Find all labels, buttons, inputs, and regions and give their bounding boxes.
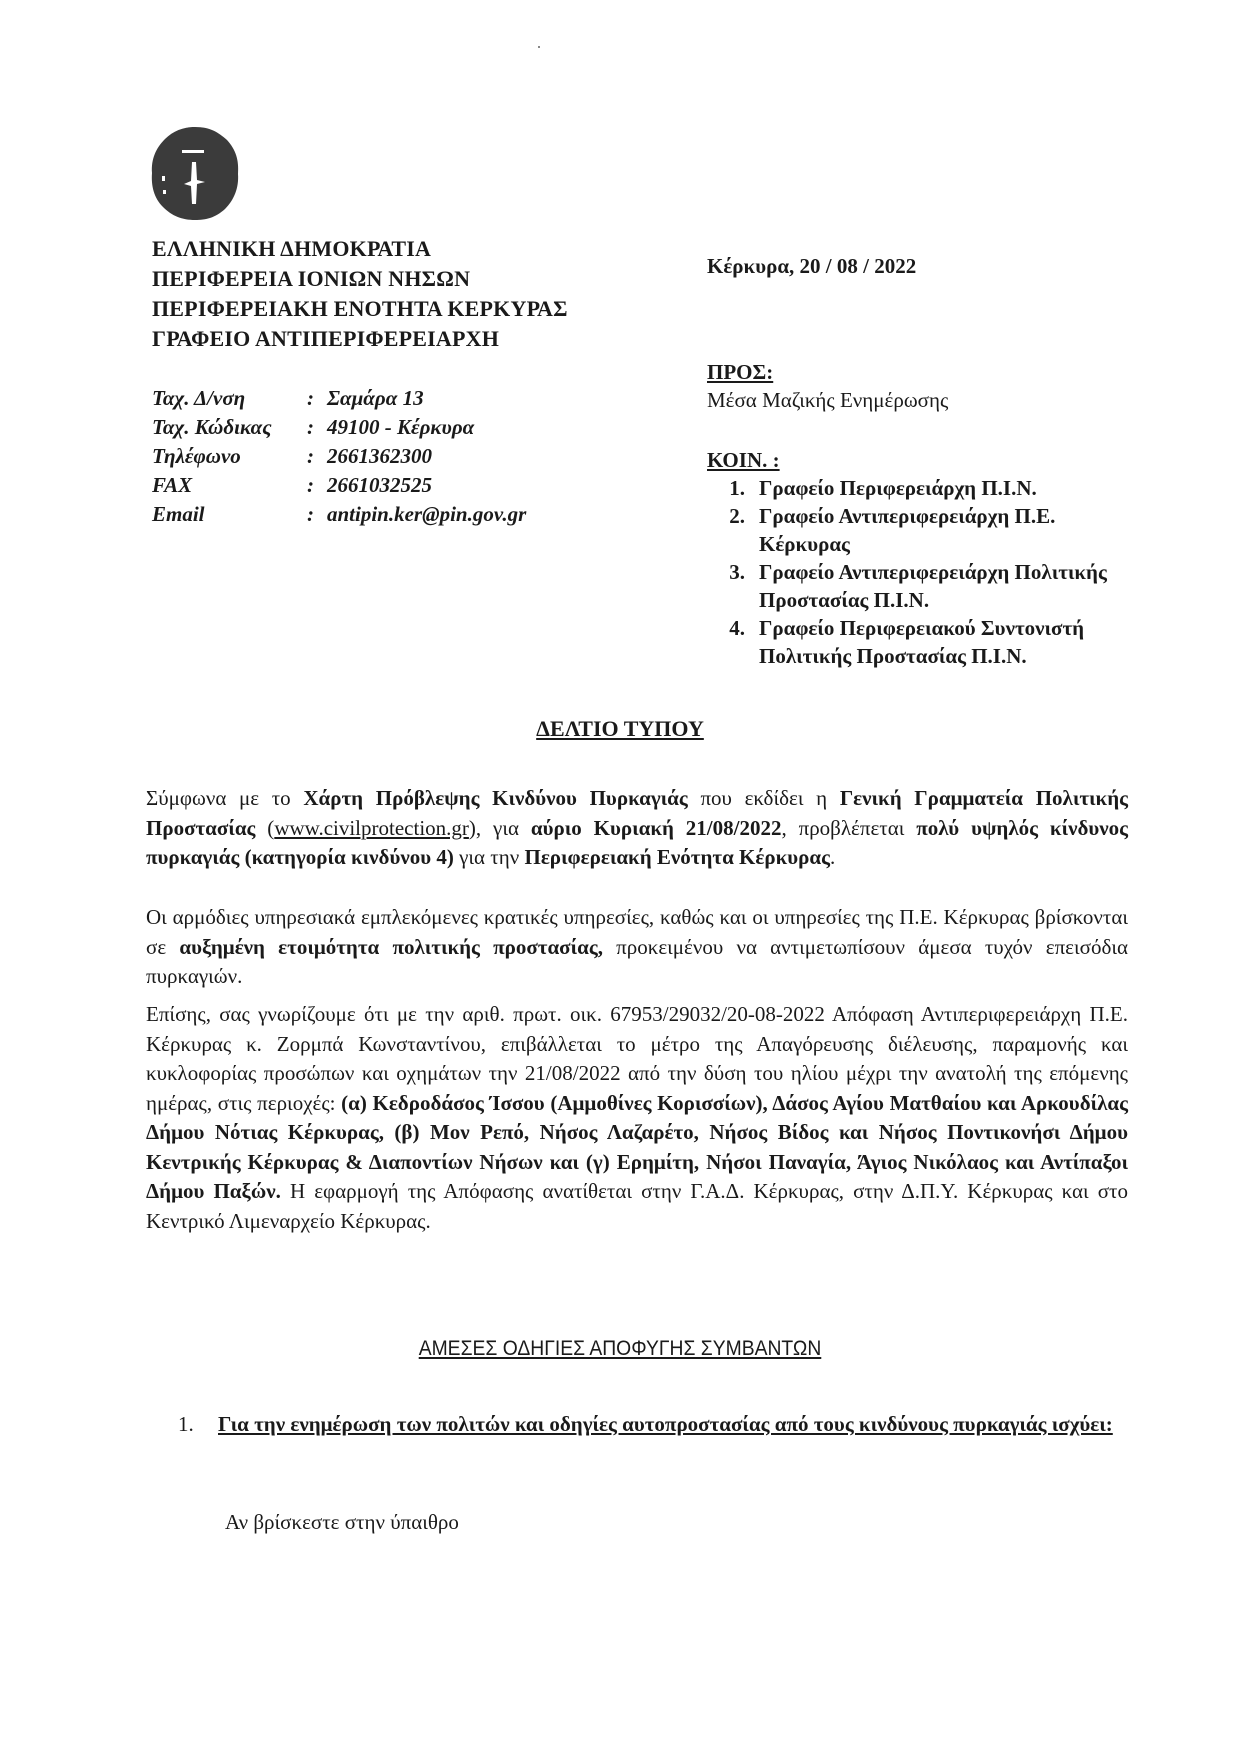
document-date: Κέρκυρα, 20 / 08 / 2022 <box>707 254 916 279</box>
instruction-text: Για την ενημέρωση των πολιτών και οδηγίε… <box>218 1408 1138 1440</box>
contact-label: Ταχ. Δ/νση <box>152 384 307 413</box>
cc-label: ΚΟΙΝ. : <box>707 446 1179 474</box>
sender-line: ΕΛΛΗΝΙΚΗ ΔΗΜΟΚΡΑΤΙΑ <box>152 234 568 264</box>
instruction-item: 1. Για την ενημέρωση των πολιτών και οδη… <box>178 1408 1138 1440</box>
contact-label: FAX <box>152 471 307 500</box>
contact-label: Email <box>152 500 307 529</box>
paragraph-forecast: Σύμφωνα με το Χάρτη Πρόβλεψης Κινδύνου Π… <box>146 784 1128 873</box>
sender-header: ΕΛΛΗΝΙΚΗ ΔΗΜΟΚΡΑΤΙΑ ΠΕΡΙΦΕΡΕΙΑ ΙΟΝΙΩΝ ΝΗ… <box>152 234 568 354</box>
civilprotection-link[interactable]: www.civilprotection.gr <box>274 816 469 840</box>
instruction-number: 1. <box>178 1408 194 1440</box>
sender-line: ΓΡΑΦΕΙΟ ΑΝΤΙΠΕΡΙΦΕΡΕΙΑΡΧΗ <box>152 324 568 354</box>
contact-block: Ταχ. Δ/νση:Σαμάρα 13 Ταχ. Κώδικας:49100 … <box>152 384 526 529</box>
paragraph-access-ban: Επίσης, σας γνωρίζουμε ότι με την αριθ. … <box>146 1000 1128 1236</box>
contact-phone: Τηλέφωνο:2661362300 <box>152 442 526 471</box>
sender-line: ΠΕΡΙΦΕΡΕΙΑ ΙΟΝΙΩΝ ΝΗΣΩΝ <box>152 264 568 294</box>
to-label: ΠΡΟΣ: <box>707 358 948 386</box>
contact-fax: FAX:2661032525 <box>152 471 526 500</box>
to-block: ΠΡΟΣ: Μέσα Μαζικής Ενημέρωσης <box>707 358 948 414</box>
contact-value: 49100 - Κέρκυρα <box>327 413 474 442</box>
subheading-outdoors: Αν βρίσκεστε στην ύπαιθρο <box>225 1510 459 1535</box>
contact-label: Ταχ. Κώδικας <box>152 413 307 442</box>
scan-speck <box>538 46 540 48</box>
to-recipient: Μέσα Μαζικής Ενημέρωσης <box>707 386 948 414</box>
cc-block: ΚΟΙΝ. : 1.Γραφείο Περιφερειάρχη Π.Ι.Ν. 2… <box>707 446 1179 670</box>
contact-postcode: Ταχ. Κώδικας:49100 - Κέρκυρα <box>152 413 526 442</box>
paragraph-readiness: Οι αρμόδιες υπηρεσιακά εμπλεκόμενες κρατ… <box>146 903 1128 992</box>
sender-line: ΠΕΡΙΦΕΡΕΙΑΚΗ ΕΝΟΤΗΤΑ ΚΕΡΚΥΡΑΣ <box>152 294 568 324</box>
contact-value: Σαμάρα 13 <box>327 384 424 413</box>
cc-item: 3.Γραφείο Αντιπεριφερειάρχη Πολιτικής Πρ… <box>707 558 1179 614</box>
national-emblem-seal-icon <box>148 124 242 222</box>
contact-email: Email:antipin.ker@pin.gov.gr <box>152 500 526 529</box>
contact-value: 2661362300 <box>327 442 432 471</box>
document-title: ΔΕΛΤΙΟ ΤΥΠΟΥ <box>0 716 1240 742</box>
cc-list: 1.Γραφείο Περιφερειάρχη Π.Ι.Ν. 2.Γραφείο… <box>707 474 1179 670</box>
contact-value: 2661032525 <box>327 471 432 500</box>
section-title: ΑΜΕΣΕΣ ΟΔΗΓΙΕΣ ΑΠΟΦΥΓΗΣ ΣΥΜΒΑΝΤΩΝ <box>50 1337 1191 1361</box>
contact-address: Ταχ. Δ/νση:Σαμάρα 13 <box>152 384 526 413</box>
contact-label: Τηλέφωνο <box>152 442 307 471</box>
cc-item: 1.Γραφείο Περιφερειάρχη Π.Ι.Ν. <box>707 474 1179 502</box>
contact-value: antipin.ker@pin.gov.gr <box>327 500 526 529</box>
cc-item: 2.Γραφείο Αντιπεριφερειάρχη Π.Ε. Κέρκυρα… <box>707 502 1179 558</box>
cc-item: 4.Γραφείο Περιφερειακού Συντονιστή Πολιτ… <box>707 614 1179 670</box>
